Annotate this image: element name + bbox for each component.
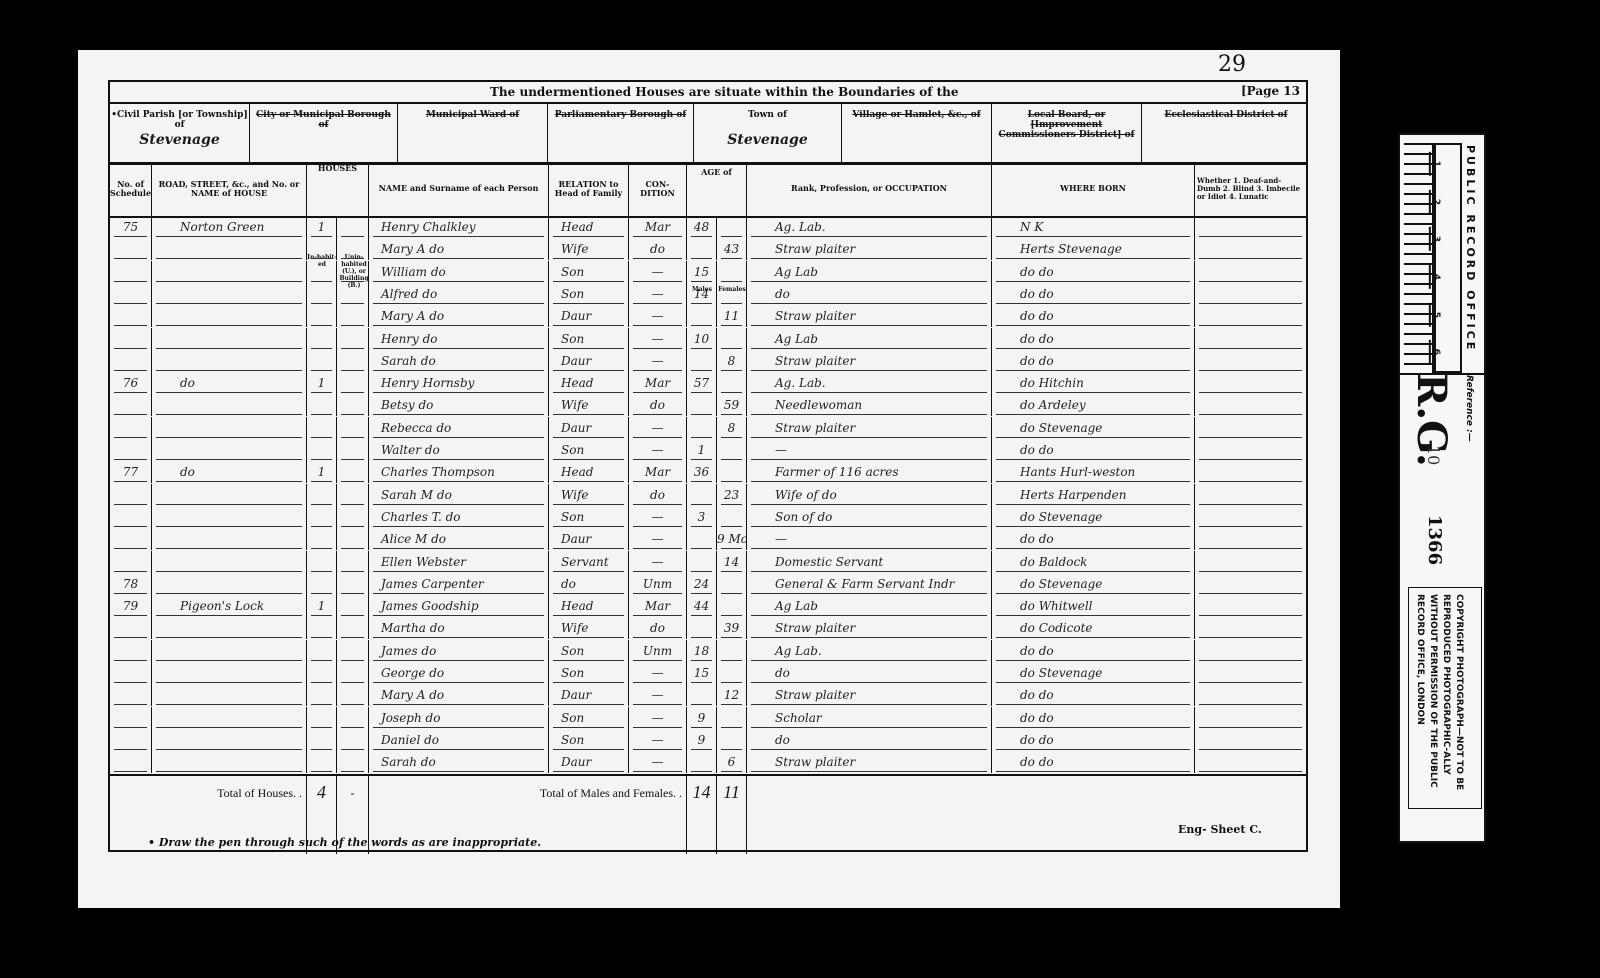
census-row: 78James CarpenterdoUnm24General & Farm S… <box>110 573 1306 595</box>
cell-name: Charles Thompson <box>369 461 549 483</box>
ruled-line <box>691 258 712 259</box>
cell-born: do do <box>992 640 1195 662</box>
cell-relation: Head <box>549 595 629 617</box>
cell-text: do <box>775 287 790 301</box>
ruled-line <box>751 704 987 705</box>
ruled-line <box>721 637 742 638</box>
ruled-line <box>996 771 1190 772</box>
cell-infirmity <box>1195 350 1306 372</box>
ruled-line <box>1199 548 1302 549</box>
ruled-line <box>373 325 544 326</box>
ruled-line <box>341 392 364 393</box>
cell-text: — <box>652 733 664 747</box>
ruled-line <box>691 593 712 594</box>
ruled-line <box>553 370 624 371</box>
cell-text: — <box>652 555 664 569</box>
ruled-line <box>311 593 332 594</box>
cell-text: do <box>180 376 195 390</box>
ruled-line <box>341 281 364 282</box>
ruled-line <box>553 593 624 594</box>
census-row: Sarah doDaur—6Straw plaiterdo do <box>110 751 1306 773</box>
cell-infirmity <box>1195 684 1306 706</box>
cell-text: do do <box>1020 354 1054 368</box>
ruled-line <box>156 704 302 705</box>
cell-female-age: 8 <box>717 350 747 372</box>
ruled-line <box>633 459 682 460</box>
ruled-line <box>156 548 302 549</box>
cell-female-age: 8 <box>717 417 747 439</box>
boundary-label: City or Municipal Borough of <box>250 102 397 130</box>
ruled-line <box>341 660 364 661</box>
cell-name: Henry Hornsby <box>369 372 549 394</box>
cell-text: Joseph do <box>381 711 440 725</box>
cell-road <box>152 640 307 662</box>
cell-inhabited <box>307 350 337 372</box>
ruled-line <box>691 414 712 415</box>
cell-occupation: Ag Lab <box>747 595 992 617</box>
cell-text: Martha do <box>381 621 445 635</box>
cell-text: — <box>652 711 664 725</box>
cell-born: do do <box>992 439 1195 461</box>
cell-text: 43 <box>724 242 739 256</box>
census-row: George doSon—15dodo Stevenage <box>110 662 1306 684</box>
cell-road <box>152 617 307 639</box>
cell-born: do Stevenage <box>992 573 1195 595</box>
cell-female-age: 6 <box>717 751 747 773</box>
ruled-line <box>311 615 332 616</box>
ruled-line <box>341 727 364 728</box>
cell-text: 9 <box>698 733 706 747</box>
cell-female-age <box>717 261 747 283</box>
cell-male-age: 44 <box>687 595 717 617</box>
cell-road <box>152 551 307 573</box>
cell-text: 44 <box>694 599 709 613</box>
ruled-line <box>691 236 712 237</box>
cell-condition: — <box>629 328 687 350</box>
cell-text: 24 <box>694 577 709 591</box>
cell-male-age <box>687 305 717 327</box>
ruled-line <box>721 727 742 728</box>
ruled-line <box>373 615 544 616</box>
ruled-line <box>1199 749 1302 750</box>
ruled-line <box>114 414 147 415</box>
cell-text: Head <box>561 220 593 234</box>
cell-text: do do <box>1020 688 1054 702</box>
cell-occupation: General & Farm Servant Indr <box>747 573 992 595</box>
cell-text: 1 <box>318 599 326 613</box>
ruled-line <box>341 771 364 772</box>
cell-relation: Wife <box>549 484 629 506</box>
cell-text: Needlewoman <box>775 398 862 412</box>
cell-born: N K <box>992 216 1195 238</box>
ruled-line <box>633 548 682 549</box>
cell-road <box>152 283 307 305</box>
ruled-line <box>633 682 682 683</box>
ruled-line <box>373 481 544 482</box>
ruled-line <box>751 682 987 683</box>
cell-condition: Mar <box>629 372 687 394</box>
ruled-line <box>721 481 742 482</box>
ruled-line <box>311 504 332 505</box>
ruled-line <box>721 615 742 616</box>
cell-relation: Son <box>549 283 629 305</box>
census-row: Henry doSon—10Ag Labdo do <box>110 328 1306 350</box>
cell-uninhabited <box>337 350 369 372</box>
ruled-line <box>633 281 682 282</box>
cell-text: do Hitchin <box>1020 376 1084 390</box>
boundary-value: Stevenage <box>694 132 841 148</box>
cell-born: do do <box>992 684 1195 706</box>
ruled-line <box>373 548 544 549</box>
cell-text: do Stevenage <box>1020 666 1102 680</box>
cell-male-age <box>687 684 717 706</box>
cell-uninhabited <box>337 617 369 639</box>
ruled-line <box>373 571 544 572</box>
cell-infirmity <box>1195 551 1306 573</box>
cell-name: George do <box>369 662 549 684</box>
cell-infirmity <box>1195 595 1306 617</box>
ruled-line <box>156 637 302 638</box>
cell-text: Henry do <box>381 332 438 346</box>
cell-road <box>152 417 307 439</box>
cell-schedule <box>110 238 152 260</box>
ruled-line <box>633 704 682 705</box>
cell-condition: do <box>629 484 687 506</box>
header-schedule: No. of Schedule <box>110 162 152 216</box>
ruled-line <box>373 258 544 259</box>
ruled-line <box>114 727 147 728</box>
ruled-line <box>996 593 1190 594</box>
cell-born: do do <box>992 261 1195 283</box>
cell-schedule: 75 <box>110 216 152 238</box>
cell-born: do do <box>992 283 1195 305</box>
ruled-line <box>114 548 147 549</box>
cell-road <box>152 662 307 684</box>
cell-text: Charles T. do <box>381 510 461 524</box>
cell-schedule <box>110 617 152 639</box>
ruled-line <box>691 370 712 371</box>
boundary-cell: Local Board, or [Improvement Commissione… <box>992 102 1142 162</box>
cell-schedule: 77 <box>110 461 152 483</box>
ruled-line <box>156 437 302 438</box>
ruled-line <box>553 749 624 750</box>
ruled-line <box>311 414 332 415</box>
cell-condition: Mar <box>629 216 687 238</box>
cell-text: Daur <box>561 532 591 546</box>
cell-schedule <box>110 707 152 729</box>
ruled-line <box>721 771 742 772</box>
census-row: 79Pigeon's Lock1James GoodshipHeadMar44A… <box>110 595 1306 617</box>
boundary-cell: Municipal Ward of <box>398 102 548 162</box>
cell-condition: — <box>629 350 687 372</box>
cell-text: Ag. Lab. <box>775 376 826 390</box>
census-form: The undermentioned Houses are situate wi… <box>108 80 1308 852</box>
cell-text: Wife <box>561 242 589 256</box>
cell-relation: Daur <box>549 417 629 439</box>
cell-infirmity <box>1195 305 1306 327</box>
ruled-line <box>1199 571 1302 572</box>
cell-name: James Goodship <box>369 595 549 617</box>
cell-inhabited <box>307 707 337 729</box>
ruled-line <box>996 548 1190 549</box>
cell-text: 15 <box>694 265 709 279</box>
cell-condition: — <box>629 684 687 706</box>
cell-infirmity <box>1195 573 1306 595</box>
ruled-line <box>373 771 544 772</box>
ruled-line <box>691 281 712 282</box>
ruled-line <box>373 637 544 638</box>
cell-uninhabited <box>337 684 369 706</box>
cell-text: Walter do <box>381 443 440 457</box>
ruled-line <box>996 236 1190 237</box>
cell-text: do <box>561 577 576 591</box>
cell-occupation: Straw plaiter <box>747 617 992 639</box>
cell-text: Ag Lab <box>775 332 818 346</box>
census-row: Sarah M doWifedo23Wife of doHerts Harpen… <box>110 484 1306 506</box>
cell-text: George do <box>381 666 444 680</box>
cell-infirmity <box>1195 617 1306 639</box>
cell-name: Mary A do <box>369 305 549 327</box>
cell-text: do do <box>1020 711 1054 725</box>
ruled-line <box>1199 325 1302 326</box>
ruled-line <box>633 504 682 505</box>
cell-text: Unm <box>643 644 672 658</box>
ruled-line <box>751 437 987 438</box>
cell-schedule <box>110 328 152 350</box>
ruled-line <box>721 682 742 683</box>
cell-text: Daur <box>561 755 591 769</box>
ruled-line <box>311 325 332 326</box>
ruled-line <box>311 348 332 349</box>
cell-road <box>152 684 307 706</box>
cell-text: 75 <box>123 220 138 234</box>
cell-text: Charles Thompson <box>381 465 495 479</box>
cell-occupation: Needlewoman <box>747 394 992 416</box>
cell-relation: Son <box>549 506 629 528</box>
cell-infirmity <box>1195 394 1306 416</box>
cell-name: Henry Chalkley <box>369 216 549 238</box>
cell-infirmity <box>1195 439 1306 461</box>
ruled-line <box>311 682 332 683</box>
scale-number: 1 <box>1429 152 1467 176</box>
cell-name: Sarah do <box>369 751 549 773</box>
ruled-line <box>114 682 147 683</box>
census-page: 29 The undermentioned Houses are situate… <box>78 50 1340 908</box>
ruled-line <box>751 660 987 661</box>
cell-text: do <box>775 733 790 747</box>
ruled-line <box>373 704 544 705</box>
cell-text: Head <box>561 376 593 390</box>
ruled-line <box>114 749 147 750</box>
cell-inhabited <box>307 439 337 461</box>
cell-occupation: Straw plaiter <box>747 684 992 706</box>
ruled-line <box>691 682 712 683</box>
ruled-line <box>1199 437 1302 438</box>
ruled-line <box>114 526 147 527</box>
ruled-line <box>751 504 987 505</box>
cell-schedule <box>110 283 152 305</box>
ruled-line <box>373 303 544 304</box>
header-infirmity: Whether 1. Deaf-and-Dumb 2. Blind 3. Imb… <box>1195 162 1306 216</box>
cell-female-age: 39 <box>717 617 747 639</box>
ruled-line <box>341 504 364 505</box>
cell-text: Son of do <box>775 510 832 524</box>
cell-relation: Daur <box>549 751 629 773</box>
ruled-line <box>751 459 987 460</box>
cell-schedule <box>110 640 152 662</box>
ruled-line <box>691 615 712 616</box>
ruled-line <box>114 504 147 505</box>
cell-born: do Ardeley <box>992 394 1195 416</box>
ruled-line <box>114 303 147 304</box>
cell-born: do do <box>992 305 1195 327</box>
ruled-line <box>751 348 987 349</box>
cell-female-age: 11 <box>717 305 747 327</box>
cell-condition: — <box>629 662 687 684</box>
cell-female-age: 9 Mo <box>717 528 747 550</box>
cell-text: do do <box>1020 755 1054 769</box>
cell-male-age: 9 <box>687 729 717 751</box>
ruled-line <box>721 704 742 705</box>
ruled-line <box>721 548 742 549</box>
census-row: Alfred doSon—14dodo do <box>110 283 1306 305</box>
cell-schedule <box>110 729 152 751</box>
cell-inhabited: 1 <box>307 461 337 483</box>
ruled-line <box>114 571 147 572</box>
cell-road <box>152 238 307 260</box>
cell-male-age <box>687 528 717 550</box>
cell-road: Norton Green <box>152 216 307 238</box>
cell-text: Ag Lab. <box>775 644 822 658</box>
cell-text: Henry Chalkley <box>381 220 476 234</box>
cell-name: Joseph do <box>369 707 549 729</box>
ruled-line <box>1199 727 1302 728</box>
cell-relation: Head <box>549 216 629 238</box>
cell-male-age <box>687 417 717 439</box>
cell-uninhabited <box>337 238 369 260</box>
cell-born: do do <box>992 528 1195 550</box>
census-row: 76do1Henry HornsbyHeadMar57Ag. Lab.do Hi… <box>110 372 1306 394</box>
ruled-line <box>341 593 364 594</box>
column-headers: No. of Schedule ROAD, STREET, &c., and N… <box>110 162 1306 218</box>
page-label: [Page 13 <box>1241 84 1300 98</box>
cell-inhabited <box>307 484 337 506</box>
cell-text: Wife of do <box>775 488 837 502</box>
ruled-line <box>751 303 987 304</box>
cell-uninhabited <box>337 595 369 617</box>
cell-female-age: 23 <box>717 484 747 506</box>
ruled-line <box>553 704 624 705</box>
cell-infirmity <box>1195 372 1306 394</box>
cell-text: 14 <box>724 555 739 569</box>
ruled-line <box>114 660 147 661</box>
ruled-line <box>553 615 624 616</box>
cell-text: Wife <box>561 488 589 502</box>
cell-text: Mar <box>645 220 670 234</box>
cell-name: Alice M do <box>369 528 549 550</box>
cell-born: do Hitchin <box>992 372 1195 394</box>
cell-schedule <box>110 350 152 372</box>
cell-relation: Head <box>549 372 629 394</box>
cell-road <box>152 751 307 773</box>
cell-text: — <box>652 666 664 680</box>
ruled-line <box>373 370 544 371</box>
cell-schedule <box>110 305 152 327</box>
cell-male-age: 14 <box>687 283 717 305</box>
cell-schedule <box>110 551 152 573</box>
ruled-line <box>114 258 147 259</box>
cell-condition: — <box>629 261 687 283</box>
cell-text: James Goodship <box>381 599 479 613</box>
ruled-line <box>114 615 147 616</box>
boundary-cell: Parliamentary Borough of <box>548 102 694 162</box>
cell-schedule <box>110 528 152 550</box>
cell-female-age <box>717 461 747 483</box>
cell-name: Sarah do <box>369 350 549 372</box>
ruled-line <box>114 459 147 460</box>
cell-male-age <box>687 350 717 372</box>
cell-text: 1 <box>318 465 326 479</box>
ruled-line <box>156 281 302 282</box>
ruled-line <box>633 481 682 482</box>
boundary-label: Local Board, or [Improvement Commissione… <box>992 102 1141 140</box>
cell-text: Son <box>561 510 584 524</box>
cell-inhabited <box>307 662 337 684</box>
cell-text: 15 <box>694 666 709 680</box>
ruled-line <box>1199 258 1302 259</box>
ruled-line <box>721 325 742 326</box>
cell-schedule: 79 <box>110 595 152 617</box>
cell-infirmity <box>1195 283 1306 305</box>
boundary-cell: •Civil Parish [or Township] ofStevenage <box>110 102 250 162</box>
cell-occupation: Ag. Lab. <box>747 216 992 238</box>
ruled-line <box>721 258 742 259</box>
cell-text: Son <box>561 265 584 279</box>
ruled-line <box>373 437 544 438</box>
census-row: Walter doSon—1—do do <box>110 439 1306 461</box>
cell-text: Son <box>561 733 584 747</box>
boundaries-row: •Civil Parish [or Township] ofStevenageC… <box>110 102 1306 165</box>
cell-male-age: 48 <box>687 216 717 238</box>
ruled-line <box>341 303 364 304</box>
ruled-line <box>691 749 712 750</box>
cell-road <box>152 261 307 283</box>
ruled-line <box>996 325 1190 326</box>
cell-text: Alfred do <box>381 287 437 301</box>
ruled-line <box>156 348 302 349</box>
ruled-line <box>156 771 302 772</box>
cell-text: Ag. Lab. <box>775 220 826 234</box>
cell-female-age: 12 <box>717 684 747 706</box>
cell-uninhabited <box>337 551 369 573</box>
ruled-line <box>311 258 332 259</box>
ruled-line <box>553 392 624 393</box>
ruled-line <box>691 637 712 638</box>
boundary-label: Town of <box>694 102 841 120</box>
ruled-line <box>691 392 712 393</box>
ruled-line <box>553 303 624 304</box>
ruled-line <box>751 281 987 282</box>
cell-road <box>152 707 307 729</box>
ruled-line <box>751 637 987 638</box>
cell-male-age: 18 <box>687 640 717 662</box>
cell-text: Henry Hornsby <box>381 376 474 390</box>
ruled-line <box>114 348 147 349</box>
ruled-line <box>373 348 544 349</box>
ruled-line <box>311 771 332 772</box>
cell-text: Pigeon's Lock <box>180 599 264 613</box>
cell-female-age <box>717 662 747 684</box>
